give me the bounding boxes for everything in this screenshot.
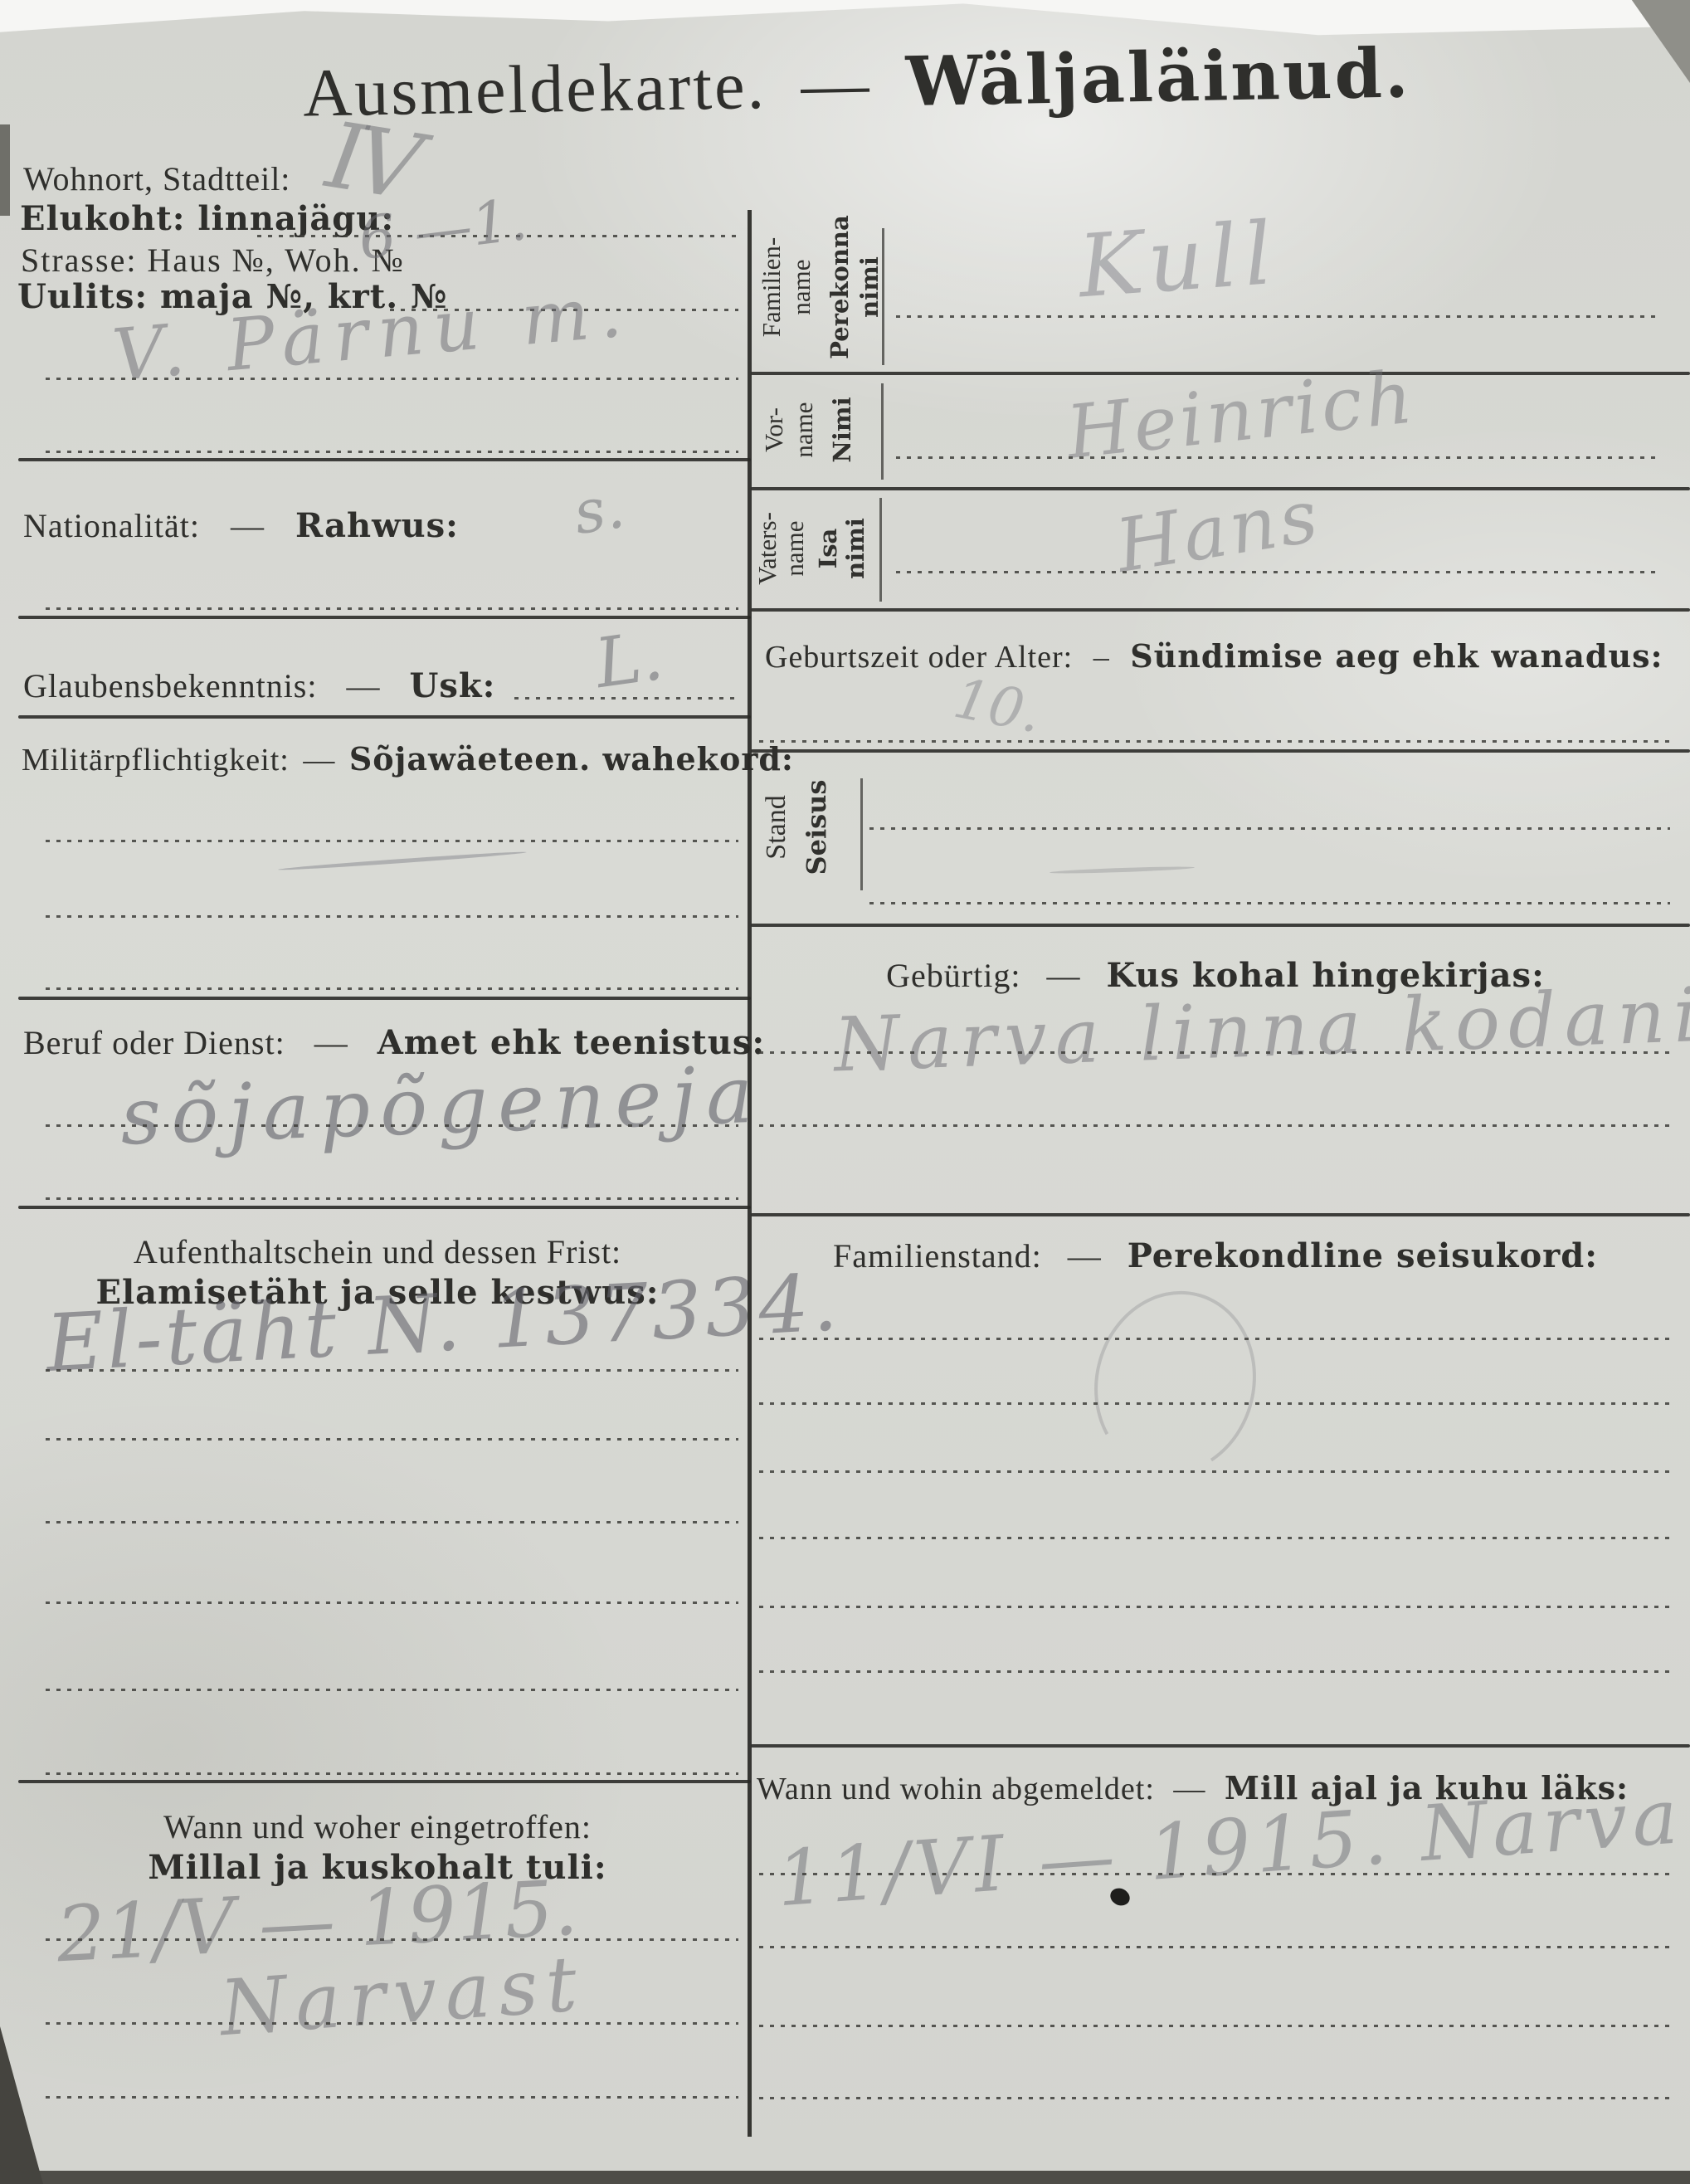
fathersname-label-separator xyxy=(879,498,882,602)
dotted-line xyxy=(869,902,1670,904)
dotted-line xyxy=(46,2096,738,2099)
occupation-dash: — xyxy=(314,1024,348,1061)
scanned-deregistration-card: Ausmeldekarte. — Wäljaläinud. Wohnort, S… xyxy=(0,0,1690,2184)
nationality-row-label: Nationalität: — Rahwus: xyxy=(23,506,459,545)
status-pencil-stroke xyxy=(1050,865,1195,875)
page-title: Ausmeldekarte. — Wäljaläinud. xyxy=(302,33,1411,132)
label-wohnort-de: Wohnort, Stadtteil: xyxy=(23,159,290,198)
religion-label-de: Glaubensbekenntnis: xyxy=(23,667,318,704)
family-pencil-oval xyxy=(1075,1274,1275,1492)
rule-line xyxy=(751,1744,1690,1748)
military-label-de: Militärpflichtigkeit: xyxy=(22,743,290,778)
surname-rotated-label: Familien- name Perekonna nimi xyxy=(757,212,884,362)
family-dash: — xyxy=(1068,1237,1102,1275)
dotted-line xyxy=(896,571,1659,573)
registered-label-de: Gebürtig: xyxy=(886,957,1020,994)
birth-label-de: Geburtszeit oder Alter: xyxy=(765,640,1073,675)
departure-label-de: Wann und wohin abgemeldet: xyxy=(757,1772,1155,1806)
dotted-line xyxy=(46,1938,738,1941)
dotted-line xyxy=(46,607,738,610)
dotted-line xyxy=(46,451,738,453)
scan-left-edge-mark xyxy=(0,124,10,216)
dotted-line xyxy=(759,1670,1672,1673)
religion-dash: — xyxy=(347,667,381,704)
military-dash: — xyxy=(303,743,335,778)
title-estonian: Wäljaläinud. xyxy=(905,33,1411,122)
surname-label-separator xyxy=(882,228,884,365)
dotted-line xyxy=(46,840,738,842)
surname-label-et-line2: nimi xyxy=(855,212,884,362)
dotted-line xyxy=(46,1521,738,1523)
family-label-et: Perekondline seisukord: xyxy=(1127,1236,1598,1275)
rule-line xyxy=(18,1206,751,1209)
surname-label-de-line2: name xyxy=(787,212,816,362)
dotted-line xyxy=(46,915,738,918)
military-row-label: Militärpflichtigkeit: — Sõjawäeteen. wah… xyxy=(22,740,794,778)
dotted-line xyxy=(869,827,1670,830)
firstname-rotated-label: Vor- name Nimi xyxy=(759,380,857,480)
nationality-dash: — xyxy=(231,507,265,544)
dotted-line xyxy=(759,1402,1672,1405)
fathersname-label-et-line1: Isa xyxy=(815,495,842,602)
rule-line xyxy=(751,749,1690,753)
firstname-label-de-line2: name xyxy=(789,380,819,480)
firstname-label-et-line1: Nimi xyxy=(827,380,857,480)
nationality-label-et: Rahwus: xyxy=(295,506,459,545)
dotted-line xyxy=(759,1124,1672,1127)
dotted-line xyxy=(46,1197,738,1200)
dotted-line xyxy=(759,1946,1672,1948)
military-label-et: Sõjawäeteen. wahekord: xyxy=(349,740,794,778)
occupation-value-handwritten: sõjapõgeneja xyxy=(119,1050,764,1163)
rule-line xyxy=(18,1780,751,1783)
dotted-line xyxy=(46,1438,738,1441)
fathersname-label-de-line1: Vaters- xyxy=(753,495,781,602)
dotted-line xyxy=(46,2022,738,2025)
dotted-line xyxy=(759,2025,1672,2027)
occupation-label-de: Beruf oder Dienst: xyxy=(23,1024,285,1061)
firstname-label-separator xyxy=(881,383,884,480)
scan-bottom-strip xyxy=(0,2171,1690,2184)
label-strasse-de: Strasse: Haus №, Woh. № xyxy=(21,241,405,280)
arrival-label-de: Wann und woher eingetroffen: xyxy=(21,1807,734,1846)
nationality-value-handwritten: s. xyxy=(569,471,629,548)
firstname-label-de-line1: Vor- xyxy=(759,380,789,480)
dotted-line xyxy=(759,1338,1672,1340)
dotted-line xyxy=(514,697,738,700)
military-pencil-stroke xyxy=(278,851,527,872)
status-label-de: Stand xyxy=(759,765,794,890)
scan-corner-bottom-left xyxy=(0,2026,43,2184)
religion-row-label: Glaubensbekenntnis: — Usk: xyxy=(23,666,495,705)
dotted-line xyxy=(759,1051,1672,1054)
surname-value-handwritten: Kull xyxy=(1075,202,1282,318)
dotted-line xyxy=(46,1124,738,1127)
dotted-line xyxy=(759,2097,1672,2099)
birth-label-et: Sündimise aeg ehk wanadus: xyxy=(1130,637,1663,675)
departure-dash: — xyxy=(1173,1772,1205,1806)
dotted-line xyxy=(46,378,738,380)
dotted-line xyxy=(759,1470,1672,1473)
religion-label-et: Usk: xyxy=(410,666,496,705)
status-label-separator xyxy=(860,778,863,890)
dotted-line xyxy=(46,1601,738,1604)
rule-line xyxy=(18,997,751,1000)
dotted-line xyxy=(759,1873,1672,1875)
rule-line xyxy=(18,715,751,719)
dotted-line xyxy=(759,1537,1672,1539)
rule-line xyxy=(751,608,1690,612)
religion-value-handwritten: L. xyxy=(591,617,668,704)
dotted-line xyxy=(896,315,1659,318)
birth-dash: – xyxy=(1093,640,1110,675)
fathersname-rotated-label: Vaters- name Isa nimi xyxy=(753,495,869,602)
dotted-line xyxy=(46,1772,738,1775)
rule-line xyxy=(18,458,751,461)
dotted-line xyxy=(46,1689,738,1691)
dotted-line xyxy=(759,1606,1672,1608)
rule-line xyxy=(751,1213,1690,1216)
status-rotated-label: Stand Seisus xyxy=(759,765,834,890)
dotted-line xyxy=(896,456,1659,459)
status-label-et: Seisus xyxy=(799,765,834,890)
dotted-line xyxy=(759,740,1672,743)
dotted-line xyxy=(46,1369,738,1372)
center-divider xyxy=(748,210,752,2137)
nationality-label-de: Nationalität: xyxy=(23,507,200,544)
family-label-de: Familienstand: xyxy=(833,1237,1042,1275)
birth-value-handwritten: 10. xyxy=(949,666,1047,746)
permit-label-de: Aufenthaltschein und dessen Frist: xyxy=(21,1232,734,1271)
scan-top-edge xyxy=(0,0,1690,37)
surname-label-et-line1: Perekonna xyxy=(825,212,855,362)
surname-label-de-line1: Familien- xyxy=(757,212,787,362)
dotted-line xyxy=(46,987,738,990)
family-row-label: Familienstand: — Perekondline seisukord: xyxy=(759,1236,1672,1275)
birth-row-label: Geburtszeit oder Alter: – Sündimise aeg … xyxy=(765,637,1663,675)
rule-line xyxy=(751,924,1690,927)
fathersname-label-de-line2: name xyxy=(781,495,808,602)
fathersname-label-et-line2: nimi xyxy=(842,495,869,602)
registered-dash: — xyxy=(1046,957,1080,994)
title-dash: — xyxy=(801,46,873,122)
